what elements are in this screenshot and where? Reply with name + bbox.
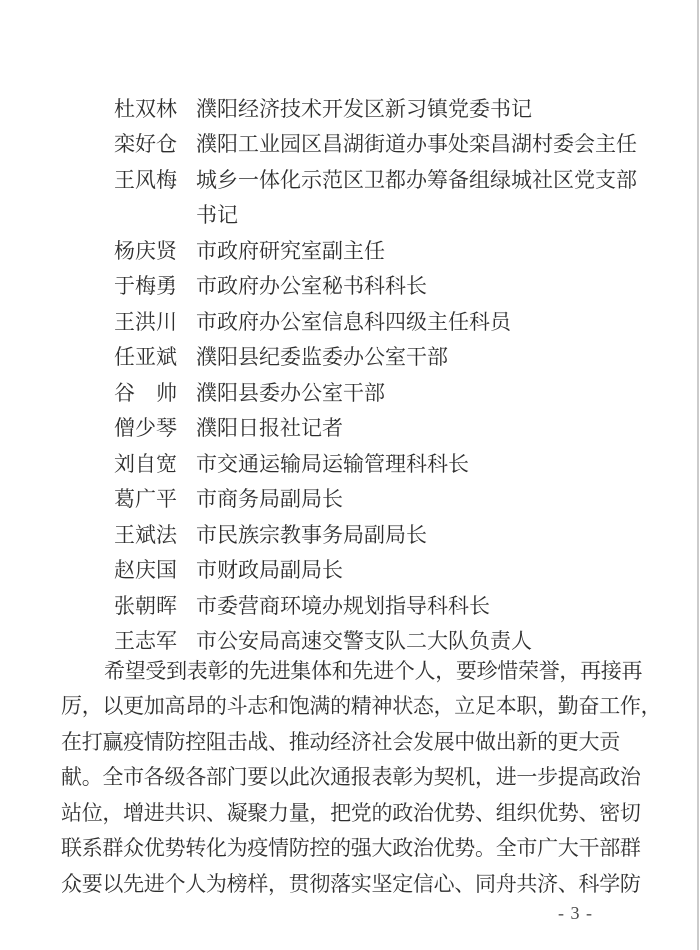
paragraph-line: 站位，增进共识、凝聚力量，把党的政治优势、组织优势、密切 — [61, 794, 661, 830]
person-name: 王斌法 — [114, 519, 196, 549]
person-name: 于梅勇 — [114, 270, 196, 300]
closing-paragraph: 希望受到表彰的先进集体和先进个人，要珍惜荣誉，再接再 厉，以更加高昂的斗志和饱满… — [61, 652, 661, 901]
person-title: 市政府研究室副主任 — [196, 235, 385, 265]
person-title: 市民族宗教事务局副局长 — [196, 519, 427, 549]
person-name: 王洪川 — [114, 306, 196, 336]
person-title: 城乡一体化示范区卫都办筹备组绿城社区党支部 — [196, 164, 637, 194]
paragraph-line: 厉，以更加高昂的斗志和饱满的精神状态，立足本职，勤奋工作， — [61, 688, 661, 724]
person-title: 市政府办公室秘书科科长 — [196, 270, 427, 300]
person-title: 濮阳经济技术开发区新习镇党委书记 — [196, 93, 532, 123]
person-name: 王风梅 — [114, 164, 196, 194]
roster-row: 葛广平 市商务局副局长 — [114, 481, 637, 517]
person-title-continued: 书记 — [196, 199, 238, 229]
person-name: 王志军 — [114, 625, 196, 655]
person-name: 栾好仓 — [114, 128, 196, 158]
person-name: 杨庆贤 — [114, 235, 196, 265]
person-title: 市财政局副局长 — [196, 554, 343, 584]
person-title: 濮阳工业园区昌湖街道办事处栾昌湖村委会主任 — [196, 128, 637, 158]
paragraph-line: 联系群众优势转化为疫情防控的强大政治优势。全市广大干部群 — [61, 830, 661, 866]
person-name: 谷 帅 — [114, 377, 196, 407]
page-number: - 3 - — [558, 903, 593, 924]
roster-row: 谷 帅 濮阳县委办公室干部 — [114, 374, 637, 410]
roster-row: 僧少琴 濮阳日报社记者 — [114, 410, 637, 446]
person-name: 张朝晖 — [114, 590, 196, 620]
person-name: 僧少琴 — [114, 412, 196, 442]
paragraph-line: 献。全市各级各部门要以此次通报表彰为契机，进一步提高政治 — [61, 759, 661, 795]
roster-row: 王风梅 城乡一体化示范区卫都办筹备组绿城社区党支部 — [114, 161, 637, 197]
person-title: 濮阳县委办公室干部 — [196, 377, 385, 407]
roster-row: 王洪川 市政府办公室信息科四级主任科员 — [114, 303, 637, 339]
paragraph-line: 希望受到表彰的先进集体和先进个人，要珍惜荣誉，再接再 — [61, 652, 661, 688]
paragraph-line: 众要以先进个人为榜样，贯彻落实坚定信心、同舟共济、科学防 — [61, 865, 661, 901]
paragraph-line: 在打赢疫情防控阻击战、推动经济社会发展中做出新的更大贡 — [61, 723, 661, 759]
person-title: 市政府办公室信息科四级主任科员 — [196, 306, 511, 336]
person-title: 市交通运输局运输管理科科长 — [196, 448, 469, 478]
roster-row: 杜双林 濮阳经济技术开发区新习镇党委书记 — [114, 90, 637, 126]
person-title: 濮阳日报社记者 — [196, 412, 343, 442]
roster-row: 赵庆国 市财政局副局长 — [114, 552, 637, 588]
person-title: 市委营商环境办规划指导科科长 — [196, 590, 490, 620]
roster-row: 于梅勇 市政府办公室秘书科科长 — [114, 268, 637, 304]
person-name: 葛广平 — [114, 483, 196, 513]
person-name: 赵庆国 — [114, 554, 196, 584]
page-edge-line — [697, 0, 699, 950]
roster-row: 杨庆贤 市政府研究室副主任 — [114, 232, 637, 268]
roster-row: 刘自宽 市交通运输局运输管理科科长 — [114, 445, 637, 481]
roster-row-continuation: 书记 — [114, 197, 637, 233]
roster-row: 任亚斌 濮阳县纪委监委办公室干部 — [114, 339, 637, 375]
roster-row: 栾好仓 濮阳工业园区昌湖街道办事处栾昌湖村委会主任 — [114, 126, 637, 162]
document-page: 杜双林 濮阳经济技术开发区新习镇党委书记 栾好仓 濮阳工业园区昌湖街道办事处栾昌… — [0, 0, 700, 950]
person-title: 濮阳县纪委监委办公室干部 — [196, 341, 448, 371]
roster-row: 张朝晖 市委营商环境办规划指导科科长 — [114, 587, 637, 623]
person-name: 杜双林 — [114, 93, 196, 123]
award-roster: 杜双林 濮阳经济技术开发区新习镇党委书记 栾好仓 濮阳工业园区昌湖街道办事处栾昌… — [114, 90, 637, 658]
person-name: 刘自宽 — [114, 448, 196, 478]
roster-row: 王斌法 市民族宗教事务局副局长 — [114, 516, 637, 552]
person-title: 市公安局高速交警支队二大队负责人 — [196, 625, 532, 655]
person-title: 市商务局副局长 — [196, 483, 343, 513]
person-name: 任亚斌 — [114, 341, 196, 371]
